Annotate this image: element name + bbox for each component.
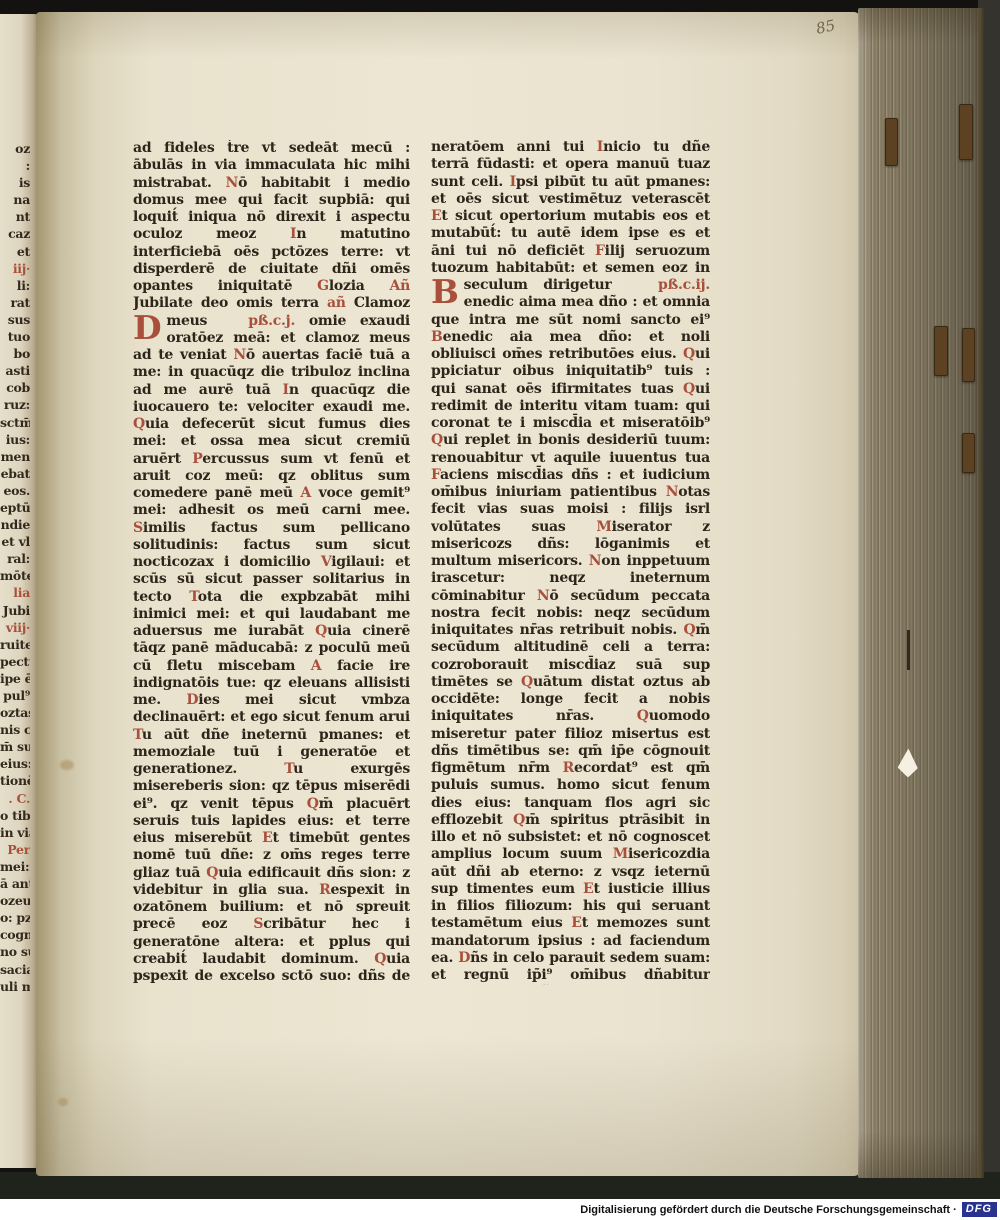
rubric-red-text: Q: [431, 432, 443, 448]
rubric-red-text: Q: [315, 623, 327, 639]
facing-page-fragment: ebat: [0, 465, 30, 482]
rubric-red-text: N: [666, 484, 679, 500]
text-segment: Jubilate deo omis terra: [133, 295, 327, 311]
rubric-red-text: S: [253, 916, 263, 932]
rubric-red-text: B: [431, 329, 443, 345]
rubric-red-text: T: [133, 727, 142, 743]
rubric-red-text: A: [311, 658, 322, 674]
rubric-red-text: T: [284, 761, 293, 777]
facing-page-fragment: et: [0, 243, 30, 260]
facing-page-fragment: m̄ sua:: [0, 738, 30, 755]
text-segment: enedic aia mea dño: et noli obliuisci om…: [431, 329, 710, 362]
facing-page-fragment: tuo: [0, 328, 30, 345]
leather-index-tab: [962, 433, 975, 473]
leather-index-tab: [962, 328, 975, 382]
facing-page-fragment: rat: [0, 294, 30, 311]
page-edge-slit: [907, 630, 910, 670]
facing-page-fragment: uli mei: [0, 978, 30, 995]
text-column-left: ad fideles t́re vt sedeāt mecū : ābulās …: [133, 140, 410, 986]
facing-page-fragment: ipe ē: [0, 670, 30, 687]
facing-page-fragment: :: [0, 157, 30, 174]
rubric-red-text: M: [596, 519, 611, 535]
facing-page-fragment: pectu: [0, 653, 30, 670]
facing-page-fragment: ius:: [0, 431, 30, 448]
rubric-red-text: N: [233, 347, 246, 363]
facing-page-fragment: Jubi: [0, 602, 30, 619]
text-segment: ñs in celo parauit sedem suam: et regnū …: [431, 950, 710, 983]
rubric-red-text: Q: [521, 674, 533, 690]
rubric-red-text: S: [133, 520, 143, 536]
rubric-red-text: E: [431, 208, 441, 224]
facing-page-fragment: cogno:: [0, 926, 30, 943]
rubric-red-text: Q: [374, 951, 386, 967]
facing-page-fragment: in via: [0, 824, 30, 841]
rubric-red-text: E: [583, 881, 593, 897]
facing-page-fragment: nis cō: [0, 721, 30, 738]
book-fore-edge: [858, 8, 984, 1178]
facing-page-fragment: viij·: [0, 619, 30, 636]
facing-page-fragment: li:: [0, 277, 30, 294]
facing-page-fragment: o tibi: [0, 807, 30, 824]
facing-page-fragment: iij·: [0, 260, 30, 277]
facing-page-fragment: ruite: [0, 636, 30, 653]
facing-page-fragment: no suo:: [0, 943, 30, 960]
facing-page-fragment: ā ante: [0, 875, 30, 892]
facing-page-fragment: eos.: [0, 482, 30, 499]
text-segment: enedicite dño oēs angeli ei⁹. potētes vi…: [431, 984, 710, 985]
rubric-red-text: Q: [683, 381, 695, 397]
facing-page-fragment: ndie: [0, 516, 30, 533]
facing-page-fragment: nt: [0, 208, 30, 225]
rubric-red-text: Q: [637, 708, 649, 724]
rubric-red-text: R: [319, 882, 330, 898]
facing-page-edge: oz:isnantcazetiij·li:ratsustuoboasticobr…: [0, 14, 38, 1168]
rubric-red-text: A: [300, 485, 311, 501]
text-segment: lozia: [329, 278, 390, 294]
text-segment: enedic aima mea dño : et omnia que intra…: [431, 294, 710, 327]
drop-cap-initial: B: [431, 277, 464, 306]
facing-page-fragment: et vl: [0, 533, 30, 550]
facing-page-fragment: ozeuari: [0, 892, 30, 909]
facing-page-fragment: sus: [0, 311, 30, 328]
rubric-red-text: B: [431, 984, 443, 985]
digitization-credit-text: Digitalisierung gefördert durch die Deut…: [580, 1204, 957, 1216]
text-segment: neratōem anni tui: [431, 139, 597, 155]
facing-page-fragment: mei:ia: [0, 858, 30, 875]
rubric-red-text: Q: [206, 865, 218, 881]
rubric-red-text: V: [321, 554, 331, 570]
rubric-red-text: Q: [133, 416, 145, 432]
facing-page-fragment: ruz:: [0, 396, 30, 413]
facing-page-fragment: eius:: [0, 755, 30, 772]
digitization-credit-bar: Digitalisierung gefördert durch die Deut…: [0, 1199, 1000, 1220]
rubric-red-text: pß.c.j.: [207, 313, 309, 329]
rubric-red-text: M: [613, 846, 628, 862]
facing-page-fragment: tionē: [0, 772, 30, 789]
facing-page-fragment: saciabi: [0, 961, 30, 978]
facing-page-fragment: is: [0, 174, 30, 191]
dfg-logo: DFG: [962, 1202, 997, 1217]
facing-page-fragment: oz: [0, 140, 30, 157]
parchment-stain: [58, 1098, 68, 1106]
facing-page-fragment: caz: [0, 225, 30, 242]
rubric-red-text: F: [431, 467, 440, 483]
facing-page-fragment: pul⁹: [0, 687, 30, 704]
rubric-red-text: N: [226, 175, 239, 191]
rubric-red-text: D: [186, 692, 198, 708]
rubric-red-text: pß.c.ij.: [612, 277, 711, 293]
rubric-red-text: añ: [327, 295, 354, 311]
facing-page-fragment: na: [0, 191, 30, 208]
rubric-red-text: V: [322, 985, 333, 986]
facing-page-fragment: o: pza:: [0, 909, 30, 926]
rubric-red-text: N: [537, 588, 550, 604]
drop-cap-initial: D: [133, 313, 166, 342]
rubric-red-text: N: [589, 553, 602, 569]
rubric-red-text: E: [262, 830, 272, 846]
paper-bookmark-slip: [896, 747, 924, 779]
leather-index-tab: [959, 104, 973, 160]
facing-page-fragment: eptū: [0, 499, 30, 516]
facing-page-text-fragments: oz:isnantcazetiij·li:ratsustuoboasticobr…: [0, 140, 33, 995]
text-segment: ui replet in bonis desideriū tuum: renou…: [431, 432, 710, 465]
rubric-red-text: R: [563, 760, 574, 776]
rubric-red-text: G: [317, 278, 329, 294]
scan-shadow-bottom: [0, 1172, 1000, 1200]
leather-index-tab: [934, 326, 948, 376]
rubric-red-text: Q: [307, 796, 319, 812]
parchment-stain: [60, 760, 74, 770]
rubric-red-text: D: [458, 950, 470, 966]
facing-page-fragment: lia: [0, 584, 30, 601]
facing-page-fragment: . C.: [0, 790, 30, 807]
rubric-red-text: T: [189, 589, 198, 605]
rubric-red-text: E: [571, 915, 581, 931]
leather-index-tab: [885, 118, 898, 166]
text-column-right: neratōem anni tui Inicio tu dñe terrā fū…: [431, 139, 710, 985]
rubric-red-text: Q: [683, 346, 695, 362]
facing-page-fragment: ral:: [0, 550, 30, 567]
facing-page-fragment: oztas: [0, 704, 30, 721]
facing-page-fragment: sctm̄: [0, 414, 30, 431]
rubric-red-text: F: [595, 243, 605, 259]
facing-page-fragment: asti: [0, 362, 30, 379]
facing-page-fragment: men: [0, 448, 30, 465]
rubric-red-text: Q: [683, 622, 695, 638]
facing-page-fragment: bo: [0, 345, 30, 362]
facing-page-fragment: cob: [0, 379, 30, 396]
rubric-red-text: Q: [513, 812, 525, 828]
rubric-red-text: Añ: [389, 278, 410, 294]
facing-page-fragment: Per: [0, 841, 30, 858]
facing-page-fragment: mōte: [0, 567, 30, 584]
rubric-red-text: P: [192, 451, 202, 467]
